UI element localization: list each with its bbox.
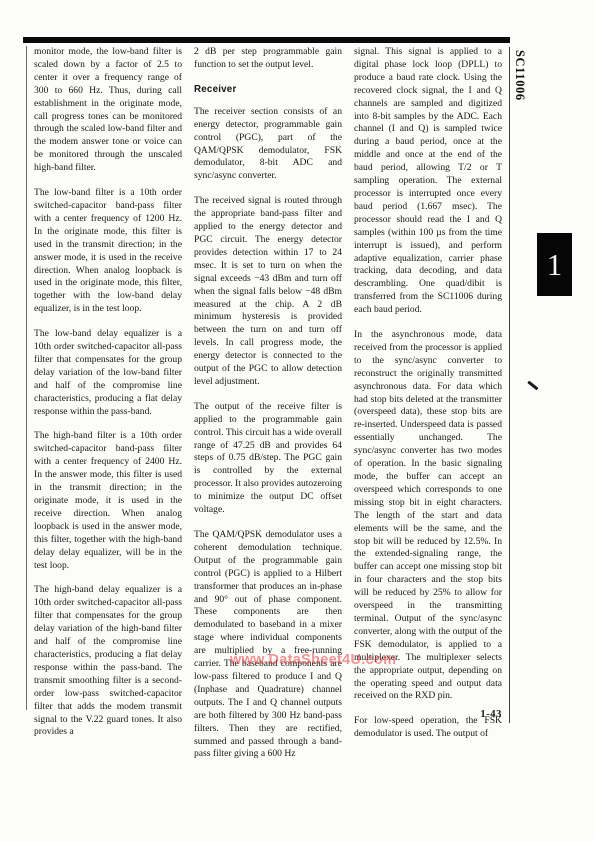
column-1: monitor mode, the low-band filter is sca… — [34, 46, 182, 773]
paragraph: 2 dB per step programmable gain function… — [194, 46, 342, 72]
paragraph: The low-band delay equalizer is a 10th o… — [34, 328, 182, 418]
section-tab: 1 — [537, 233, 572, 296]
right-margin-rule — [509, 47, 510, 723]
column-3: signal. This signal is applied to a digi… — [354, 46, 502, 773]
paragraph: The receiver section consists of an ener… — [194, 106, 342, 183]
paragraph: The high-band delay equalizer is a 10th … — [34, 584, 182, 739]
paragraph: In the asynchronous mode, data received … — [354, 329, 502, 703]
left-column-rule — [26, 46, 27, 710]
paragraph: The high-band filter is a 10th order swi… — [34, 430, 182, 572]
paragraph: The QAM/QPSK demodulator uses a coherent… — [194, 529, 342, 761]
column-2: 2 dB per step programmable gain function… — [194, 46, 342, 773]
top-rule — [23, 37, 510, 43]
paragraph: monitor mode, the low-band filter is sca… — [34, 46, 182, 175]
page-number: 1-43 — [440, 709, 502, 720]
side-part-number-label: SC11006 — [512, 50, 527, 101]
paragraph: The low-band filter is a 10th order swit… — [34, 187, 182, 316]
paragraph: The output of the receive filter is appl… — [194, 401, 342, 517]
receiver-section-heading: Receiver — [194, 84, 342, 95]
section-tab-number: 1 — [547, 247, 563, 283]
paragraph: The received signal is routed through th… — [194, 195, 342, 389]
text-columns: monitor mode, the low-band filter is sca… — [34, 46, 502, 773]
margin-tick-mark — [528, 381, 539, 390]
datasheet-page: monitor mode, the low-band filter is sca… — [0, 0, 595, 841]
paragraph: signal. This signal is applied to a digi… — [354, 46, 502, 317]
